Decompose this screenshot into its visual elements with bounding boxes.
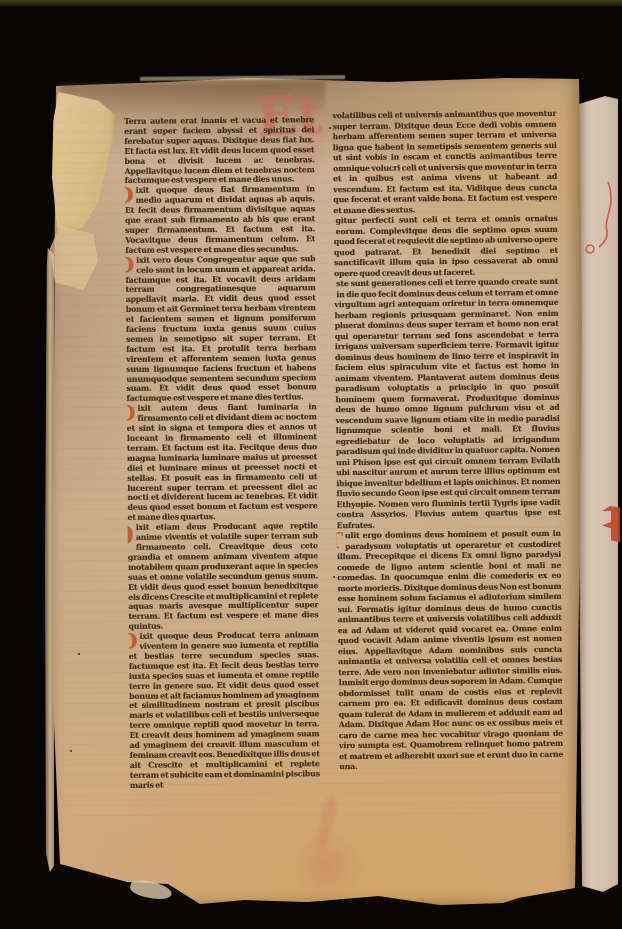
paragraph-text: ixit autem deus fiant luminaria in firma… <box>127 402 318 522</box>
margin-punctus-dot <box>333 576 335 578</box>
paragraph-text: Terra autem erat inanis et vacua et tene… <box>124 115 315 185</box>
page-stack-edge <box>45 248 54 872</box>
paragraph: T ulit ergo dominus deus hominem et posu… <box>337 529 564 773</box>
right-text-column: volatilibus celi et universis animantibu… <box>332 109 563 817</box>
rubricated-initial: D <box>124 256 134 274</box>
paragraph: I gitur perfecti sunt celi et terra et o… <box>333 214 558 279</box>
paragraph-text: ixit vero deus Congregentur aque que sub… <box>125 254 316 403</box>
paragraph-text: ste sunt generationes celi et terre quan… <box>334 277 560 530</box>
paragraph: D ixit autem deus fiant luminaria in fir… <box>127 402 318 523</box>
rubricated-initial: D <box>124 405 136 423</box>
paragraph-text: volatilibus celi et universis animantibu… <box>332 109 557 215</box>
paragraph: volatilibus celi et universis animantibu… <box>332 109 557 216</box>
paragraph: Terra autem erat inanis et vacua et tene… <box>124 115 315 186</box>
paragraph-text: ixit etiam deus Producant aque reptile a… <box>128 521 319 631</box>
photograph-stage: Et Terra autem erat inanis et vacua et t… <box>0 0 622 929</box>
left-text-column: Terra autem erat inanis et vacua et tene… <box>124 115 320 801</box>
paragraph: I ste sunt generationes celi et terre qu… <box>334 277 561 531</box>
paragraph-text: ixit quoque deus Producat terra animam v… <box>129 630 320 789</box>
paragraph: D ixit etiam deus Producant aque reptile… <box>128 521 319 632</box>
paragraph-text: ixit quoque deus fiat firmamentum in med… <box>125 185 315 255</box>
slide-top-band <box>0 0 622 7</box>
margin-punctus-dot <box>78 653 80 655</box>
paragraph: D ixit quoque deus Producat terra animam… <box>129 630 320 790</box>
paragraph: D ixit quoque deus fiat firmamentum in m… <box>125 185 316 256</box>
margin-punctus-dot <box>329 127 331 129</box>
rubricated-initial: D <box>124 187 134 205</box>
paragraph-text: gitur perfecti sunt celi et terra et omn… <box>334 214 558 278</box>
margin-punctus-dot <box>70 750 72 752</box>
paragraph: D ixit vero deus Congregentur aque que s… <box>125 254 316 404</box>
paragraph-text: ulit ergo dominus deus hominem et posuit… <box>337 529 563 771</box>
adjacent-leaf-edge <box>579 96 618 892</box>
